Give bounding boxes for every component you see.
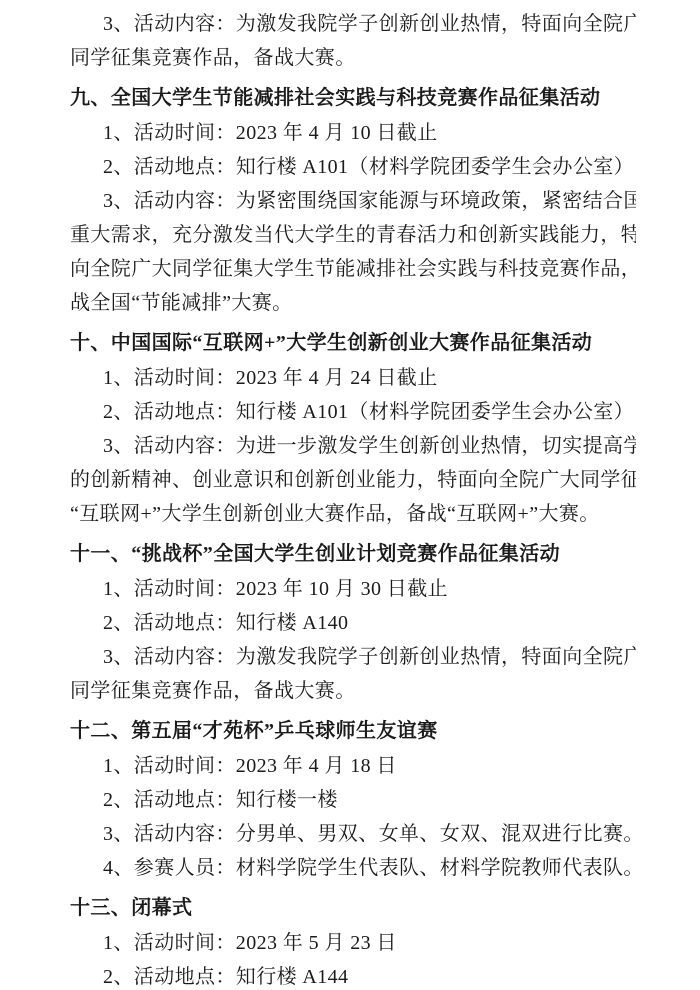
document-line: “互联网+”大学生创新创业大赛作品，备战“互联网+”大赛。 bbox=[70, 497, 636, 531]
section-eleven: 十一、“挑战杯”全国大学生创业计划竞赛作品征集活动 1、活动时间：2023 年 … bbox=[70, 537, 636, 708]
section-heading: 十一、“挑战杯”全国大学生创业计划竞赛作品征集活动 bbox=[70, 537, 636, 571]
section-heading: 九、全国大学生节能减排社会实践与科技竞赛作品征集活动 bbox=[70, 81, 636, 115]
section-heading: 十二、第五届“才苑杯”乒乓球师生友谊赛 bbox=[70, 714, 636, 748]
document-line: 重大需求，充分激发当代大学生的青春活力和创新实践能力，特面 bbox=[70, 218, 636, 252]
document-line: 同学征集竞赛作品，备战大赛。 bbox=[70, 41, 636, 75]
document-line: 2、活动地点：知行楼 A101（材料学院团委学生会办公室） bbox=[70, 150, 636, 184]
intro-paragraph: 3、活动内容：为激发我院学子创新创业热情，特面向全院广大 同学征集竞赛作品，备战… bbox=[70, 7, 636, 75]
document-page: 3、活动内容：为激发我院学子创新创业热情，特面向全院广大 同学征集竞赛作品，备战… bbox=[0, 0, 700, 990]
section-thirteen: 十三、闭幕式 1、活动时间：2023 年 5 月 23 日 2、活动地点：知行楼… bbox=[70, 891, 636, 990]
document-line: 2、活动地点：知行楼一楼 bbox=[70, 783, 636, 817]
document-line: 2、活动地点：知行楼 A101（材料学院团委学生会办公室） bbox=[70, 395, 636, 429]
document-line: 4、参赛人员：材料学院学生代表队、材料学院教师代表队。 bbox=[70, 851, 636, 885]
section-heading: 十三、闭幕式 bbox=[70, 891, 636, 925]
document-line: 1、活动时间：2023 年 4 月 10 日截止 bbox=[70, 116, 636, 150]
section-ten: 十、中国国际“互联网+”大学生创新创业大赛作品征集活动 1、活动时间：2023 … bbox=[70, 326, 636, 531]
document-line: 同学征集竞赛作品，备战大赛。 bbox=[70, 674, 636, 708]
document-line: 3、活动内容：为进一步激发学生创新创业热情，切实提高学生 bbox=[70, 429, 636, 463]
section-heading: 十、中国国际“互联网+”大学生创新创业大赛作品征集活动 bbox=[70, 326, 636, 360]
document-line: 3、活动内容：分男单、男双、女单、女双、混双进行比赛。 bbox=[70, 817, 636, 851]
document-line: 3、活动内容：为紧密围绕国家能源与环境政策，紧密结合国家 bbox=[70, 184, 636, 218]
document-line: 2、活动地点：知行楼 A140 bbox=[70, 606, 636, 640]
document-line: 2、活动地点：知行楼 A144 bbox=[70, 960, 636, 990]
document-line: 战全国“节能减排”大赛。 bbox=[70, 286, 636, 320]
document-line: 1、活动时间：2023 年 5 月 23 日 bbox=[70, 926, 636, 960]
document-line: 1、活动时间：2023 年 4 月 18 日 bbox=[70, 749, 636, 783]
section-twelve: 十二、第五届“才苑杯”乒乓球师生友谊赛 1、活动时间：2023 年 4 月 18… bbox=[70, 714, 636, 885]
section-nine: 九、全国大学生节能减排社会实践与科技竞赛作品征集活动 1、活动时间：2023 年… bbox=[70, 81, 636, 320]
document-line: 3、活动内容：为激发我院学子创新创业热情，特面向全院广大 bbox=[70, 640, 636, 674]
document-line: 向全院广大同学征集大学生节能减排社会实践与科技竞赛作品，备 bbox=[70, 252, 636, 286]
document-line: 3、活动内容：为激发我院学子创新创业热情，特面向全院广大 bbox=[70, 7, 636, 41]
document-line: 的创新精神、创业意识和创新创业能力，特面向全院广大同学征集 bbox=[70, 463, 636, 497]
document-line: 1、活动时间：2023 年 10 月 30 日截止 bbox=[70, 572, 636, 606]
document-line: 1、活动时间：2023 年 4 月 24 日截止 bbox=[70, 361, 636, 395]
